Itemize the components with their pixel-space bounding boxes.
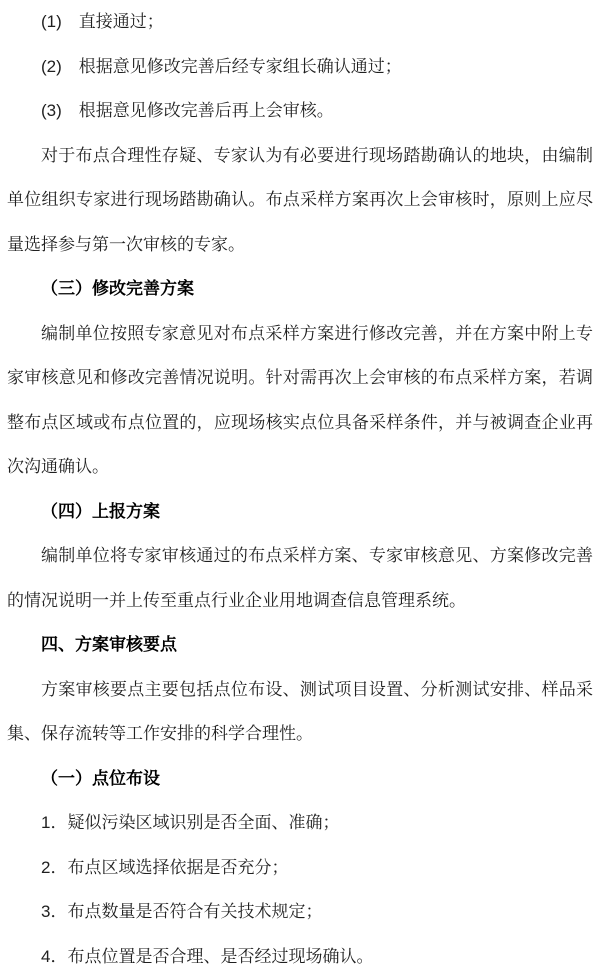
document-page: { "page": { "background_color": "#ffffff…	[0, 0, 600, 978]
review-item-1: 1．疑似污染区域识别是否全面、准确；	[7, 801, 593, 846]
paragraph-revise-plan: 编制单位按照专家意见对布点采样方案进行修改完善，并在方案中附上专家审核意见和修改…	[7, 312, 593, 490]
review-item-4: 4．布点位置是否合理、是否经过现场确认。	[7, 935, 593, 978]
numbered-item-1: (1) 直接通过；	[7, 0, 593, 45]
paragraph-submit-plan: 编制单位将专家审核通过的布点采样方案、专家审核意见、方案修改完善的情况说明一并上…	[7, 534, 593, 623]
chapter-heading-review-points: 四、方案审核要点	[7, 623, 593, 668]
paragraph-review-points: 方案审核要点主要包括点位布设、测试项目设置、分析测试安排、样品采集、保存流转等工…	[7, 668, 593, 757]
section-heading-submit-plan: （四）上报方案	[7, 490, 593, 535]
section-heading-point-layout: （一）点位布设	[7, 757, 593, 802]
numbered-item-2: (2) 根据意见修改完善后经专家组长确认通过；	[7, 45, 593, 90]
review-item-2: 2．布点区域选择依据是否充分；	[7, 846, 593, 891]
document-body: (1) 直接通过； (2) 根据意见修改完善后经专家组长确认通过； (3) 根据…	[0, 0, 600, 978]
section-heading-revise-plan: （三）修改完善方案	[7, 267, 593, 312]
review-item-3: 3．布点数量是否符合有关技术规定；	[7, 890, 593, 935]
numbered-item-3: (3) 根据意见修改完善后再上会审核。	[7, 89, 593, 134]
paragraph-site-survey: 对于布点合理性存疑、专家认为有必要进行现场踏勘确认的地块，由编制单位组织专家进行…	[7, 134, 593, 268]
